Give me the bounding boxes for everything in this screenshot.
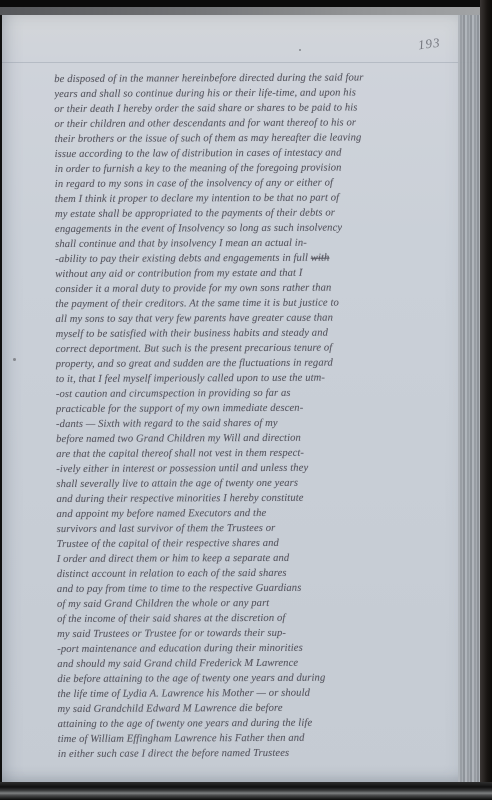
page-number: 193 <box>417 35 441 54</box>
manuscript-line: in either such case I direct the before … <box>58 745 454 762</box>
ink-speck <box>13 358 16 361</box>
ink-speck <box>299 49 301 51</box>
manuscript-text: be disposed of in the manner hereinbefor… <box>54 70 454 762</box>
photo-bottom-edge <box>0 782 492 800</box>
photo-right-edge <box>480 0 492 800</box>
page-top-seam <box>2 62 480 63</box>
photo-top-strip <box>0 7 492 15</box>
photo-top-edge <box>0 0 492 7</box>
page-stack-edge <box>458 15 480 782</box>
